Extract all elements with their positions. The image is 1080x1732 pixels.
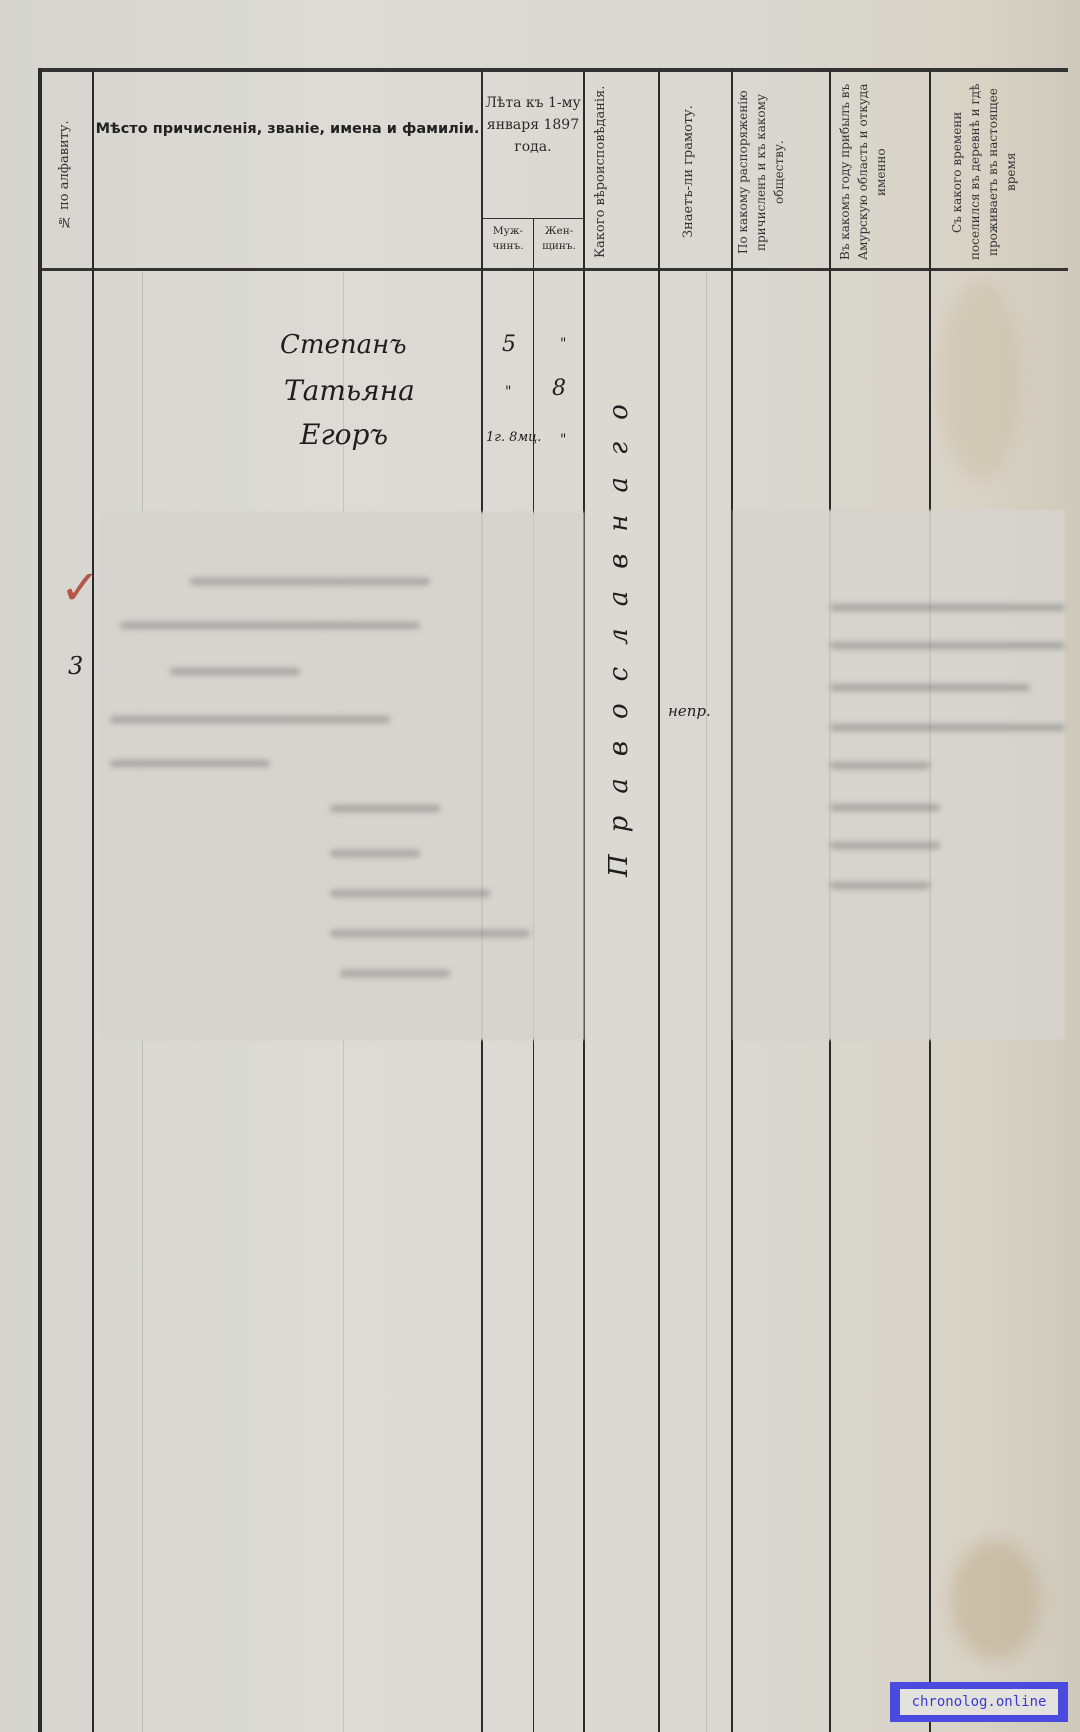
blurred-region <box>733 510 1065 1040</box>
column-divider <box>658 70 660 1732</box>
header-religion: Какого вѣроисповѣданія. <box>592 82 632 262</box>
entry-male-age: 5 <box>502 332 516 357</box>
table-left-border <box>38 68 42 1732</box>
blurred-text <box>830 684 1030 691</box>
column-divider <box>92 70 94 1732</box>
header-name: Мѣсто причисленія, званіе, имена и фамил… <box>94 116 481 142</box>
blurred-text <box>170 668 300 675</box>
blurred-text <box>330 890 490 897</box>
blurred-region <box>100 512 584 1040</box>
blurred-text <box>830 804 940 811</box>
blurred-text <box>830 882 930 889</box>
paper-stain <box>940 280 1020 480</box>
header-settled: Съ какого времени поселился въ деревнѣ и… <box>948 82 1048 262</box>
header-arrival: Въ какомъ году прибылъ въ Амурскую облас… <box>836 82 916 262</box>
check-mark: ✓ <box>60 560 100 616</box>
entry-male-age: " <box>505 384 511 400</box>
entry-name: Степанъ <box>280 330 407 360</box>
header-number: № по алфавиту. <box>56 90 76 260</box>
blurred-text <box>340 970 450 977</box>
header-literacy: Знаетъ-ли грамоту. <box>680 82 700 262</box>
entry-female-age: " <box>560 336 566 352</box>
blurred-text <box>830 762 930 769</box>
blurred-text <box>830 642 1065 649</box>
header-ages-female: Жен-щинъ. <box>535 224 583 254</box>
entry-name: Егоръ <box>300 418 388 451</box>
blurred-text <box>330 930 530 937</box>
entry-female-age: " <box>560 432 566 448</box>
blurred-text <box>830 604 1065 611</box>
blurred-text <box>330 850 420 857</box>
blurred-text <box>110 760 270 767</box>
watermark-text: chronolog.online <box>900 1689 1058 1715</box>
entry-female-age: 8 <box>552 376 566 401</box>
literacy-value: непр. <box>668 702 711 720</box>
faint-rule <box>706 272 707 1732</box>
blurred-text <box>330 805 440 812</box>
religion-value: Православнаго <box>604 300 644 960</box>
paper-stain <box>950 1540 1040 1660</box>
blurred-text <box>110 716 390 723</box>
entry-name: Татьяна <box>284 374 415 407</box>
blurred-text <box>190 578 430 585</box>
header-bottom-border <box>42 268 1068 271</box>
header-ages-male: Муж-чинъ. <box>484 224 532 254</box>
watermark: chronolog.online <box>890 1682 1068 1722</box>
header-order: По какому распоряженію причисленъ и къ к… <box>734 82 794 262</box>
table-top-border <box>38 68 1068 72</box>
blurred-text <box>830 842 940 849</box>
blurred-text <box>120 622 420 629</box>
entry-male-age: 1г. 8мц. <box>486 430 541 445</box>
header-ages: Лѣта къ 1-му января 1897 года. <box>483 92 583 158</box>
record-number: 3 <box>68 652 83 680</box>
blurred-text <box>830 724 1065 731</box>
